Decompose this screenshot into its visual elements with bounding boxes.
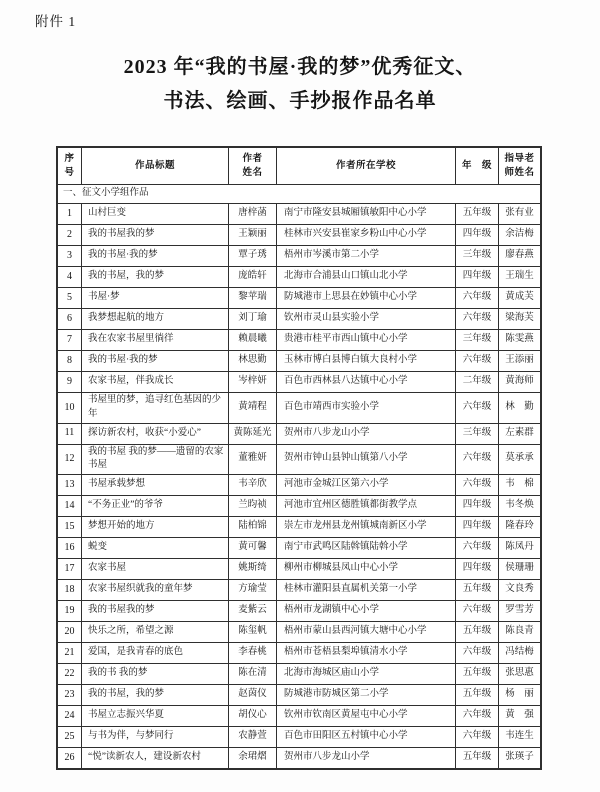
table-row: 8 我的书屋·我的梦 林思勤 玉林市博白县博白镇大良村小学 六年级 王添丽	[58, 351, 541, 372]
cell-title: 书屋里的梦，追寻红色基因的少年	[82, 393, 229, 424]
cell-title: 我的书屋我的梦	[82, 601, 229, 622]
cell-school: 贺州市八步龙山小学	[277, 748, 456, 769]
cell-school: 河池市宜州区德胜镇都街教学点	[277, 496, 456, 517]
cell-author: 胡仪心	[229, 706, 277, 727]
cell-author: 陆柏锦	[229, 517, 277, 538]
cell-title: 我的书屋·我的梦	[82, 351, 229, 372]
cell-author: 林思勤	[229, 351, 277, 372]
cell-author: 黎苹瑞	[229, 288, 277, 309]
table-row: 20 快乐之所，希望之源 陈玺帆 梧州市蒙山县西河镇大塘中心小学 五年级 陈良青	[58, 622, 541, 643]
cell-no: 22	[58, 664, 82, 685]
cell-school: 百色市西林县八达镇中心小学	[277, 372, 456, 393]
cell-author: 岑梓妍	[229, 372, 277, 393]
cell-grade: 六年级	[456, 309, 499, 330]
cell-author: 麦紫云	[229, 601, 277, 622]
cell-school: 北海市海城区庙山小学	[277, 664, 456, 685]
cell-school: 钦州市钦南区黄屋屯中心小学	[277, 706, 456, 727]
table-row: 22 我的书 我的梦 陈在清 北海市海城区庙山小学 五年级 张思惠	[58, 664, 541, 685]
cell-grade: 六年级	[456, 643, 499, 664]
cell-no: 13	[58, 475, 82, 496]
cell-grade: 四年级	[456, 225, 499, 246]
cell-grade: 五年级	[456, 685, 499, 706]
cell-grade: 六年级	[456, 601, 499, 622]
cell-title: 梦想开始的地方	[82, 517, 229, 538]
cell-author: 王颖丽	[229, 225, 277, 246]
cell-teacher: 廖春燕	[499, 246, 541, 267]
cell-no: 2	[58, 225, 82, 246]
table-row: 2 我的书屋我的梦 王颖丽 桂林市兴安县崔家乡粉山中心小学 四年级 余洁梅	[58, 225, 541, 246]
cell-title: 我的书屋我的梦	[82, 225, 229, 246]
cell-title: 我的书 我的梦	[82, 664, 229, 685]
table-row: 26 “悦”读新农人，建设新农村 余珺熠 贺州市八步龙山小学 五年级 张瑛子	[58, 748, 541, 769]
cell-teacher: 陈凤丹	[499, 538, 541, 559]
table-row: 25 与书为伴，与梦同行 农静萱 百色市田阳区五村镇中心小学 六年级 韦连生	[58, 727, 541, 748]
cell-title: 书屋承载梦想	[82, 475, 229, 496]
table-row: 7 我在农家书屋里徜徉 赖晨曦 贵港市桂平市西山镇中心小学 三年级 陈雯燕	[58, 330, 541, 351]
table-row: 17 农家书屋 姚斯绮 柳州市柳城县凤山中心小学 四年级 侯珊珊	[58, 559, 541, 580]
cell-school: 梧州市蒙山县西河镇大塘中心小学	[277, 622, 456, 643]
cell-author: 农静萱	[229, 727, 277, 748]
cell-author: 董雅妍	[229, 444, 277, 475]
cell-author: 唐梓菡	[229, 204, 277, 225]
cell-author: 余珺熠	[229, 748, 277, 769]
table-row: 24 书屋立志振兴华夏 胡仪心 钦州市钦南区黄屋屯中心小学 六年级 黄 强	[58, 706, 541, 727]
cell-school: 北海市合浦县山口镇山北小学	[277, 267, 456, 288]
cell-no: 18	[58, 580, 82, 601]
works-table: 序 号 作品标题 作者 姓名 作者所在学校 年 级 指导老 师姓名 一、征文小学…	[57, 147, 541, 769]
table-row: 21 爱国，是我青春的底色 李春桃 梧州市苍梧县梨埠镇清水小学 六年级 冯结梅	[58, 643, 541, 664]
cell-title: 探访新农村，收获“小爱心”	[82, 423, 229, 444]
cell-grade: 五年级	[456, 204, 499, 225]
table-row: 13 书屋承载梦想 韦辛欣 河池市金城江区第六小学 六年级 韦 棉	[58, 475, 541, 496]
table-row: 16 蜕变 黄可馨 南宁市武鸣区陆斡镇陆斡小学 六年级 陈凤丹	[58, 538, 541, 559]
cell-grade: 六年级	[456, 475, 499, 496]
cell-grade: 四年级	[456, 496, 499, 517]
cell-title: 蜕变	[82, 538, 229, 559]
cell-school: 桂林市兴安县崔家乡粉山中心小学	[277, 225, 456, 246]
table-row: 5 书屋·梦 黎苹瑞 防城港市上思县在妙镇中心小学 六年级 黄成芙	[58, 288, 541, 309]
cell-grade: 四年级	[456, 559, 499, 580]
cell-grade: 三年级	[456, 423, 499, 444]
cell-teacher: 王瑞生	[499, 267, 541, 288]
col-header-title: 作品标题	[82, 148, 229, 185]
cell-no: 26	[58, 748, 82, 769]
col-header-teacher: 指导老 师姓名	[499, 148, 541, 185]
cell-school: 钦州市灵山县实验小学	[277, 309, 456, 330]
cell-author: 韦辛欣	[229, 475, 277, 496]
cell-grade: 三年级	[456, 246, 499, 267]
cell-author: 庞皓轩	[229, 267, 277, 288]
cell-teacher: 张瑛子	[499, 748, 541, 769]
cell-author: 赖晨曦	[229, 330, 277, 351]
table-row: 9 农家书屋，伴我成长 岑梓妍 百色市西林县八达镇中心小学 二年级 黄海师	[58, 372, 541, 393]
cell-teacher: 杨 丽	[499, 685, 541, 706]
cell-no: 24	[58, 706, 82, 727]
cell-author: 陈玺帆	[229, 622, 277, 643]
cell-author: 覃子琇	[229, 246, 277, 267]
cell-no: 9	[58, 372, 82, 393]
cell-grade: 六年级	[456, 288, 499, 309]
cell-title: 爱国，是我青春的底色	[82, 643, 229, 664]
cell-grade: 二年级	[456, 372, 499, 393]
cell-title: 我在农家书屋里徜徉	[82, 330, 229, 351]
cell-school: 百色市田阳区五村镇中心小学	[277, 727, 456, 748]
cell-title: 快乐之所，希望之源	[82, 622, 229, 643]
table-row: 12 我的书屋 我的梦——遗留的农家书屋 董雅妍 贺州市钟山县钟山镇第八小学 六…	[58, 444, 541, 475]
cell-school: 崇左市龙州县龙州镇城南新区小学	[277, 517, 456, 538]
cell-school: 梧州市龙湖镇中心小学	[277, 601, 456, 622]
section-label: 一、征文小学组作品	[58, 185, 541, 204]
cell-title: 与书为伴，与梦同行	[82, 727, 229, 748]
cell-no: 25	[58, 727, 82, 748]
cell-teacher: 隆春玲	[499, 517, 541, 538]
table-row: 19 我的书屋我的梦 麦紫云 梧州市龙湖镇中心小学 六年级 罗雪芳	[58, 601, 541, 622]
col-header-no: 序 号	[58, 148, 82, 185]
col-header-school: 作者所在学校	[277, 148, 456, 185]
cell-grade: 五年级	[456, 622, 499, 643]
cell-grade: 四年级	[456, 517, 499, 538]
cell-title: 我的书屋，我的梦	[82, 267, 229, 288]
table-row: 14 “不务正业”的爷爷 兰昀祯 河池市宜州区德胜镇都街教学点 四年级 韦冬焕	[58, 496, 541, 517]
cell-grade: 五年级	[456, 748, 499, 769]
cell-title: “不务正业”的爷爷	[82, 496, 229, 517]
table-row: 15 梦想开始的地方 陆柏锦 崇左市龙州县龙州镇城南新区小学 四年级 隆春玲	[58, 517, 541, 538]
cell-grade: 六年级	[456, 727, 499, 748]
cell-title: 农家书屋织就我的童年梦	[82, 580, 229, 601]
table-row: 10 书屋里的梦，追寻红色基因的少年 黄靖程 百色市靖西市实验小学 六年级 林 …	[58, 393, 541, 424]
cell-no: 4	[58, 267, 82, 288]
cell-school: 桂林市灌阳县直属机关第一小学	[277, 580, 456, 601]
cell-no: 16	[58, 538, 82, 559]
cell-no: 5	[58, 288, 82, 309]
cell-no: 23	[58, 685, 82, 706]
cell-school: 贺州市钟山县钟山镇第八小学	[277, 444, 456, 475]
cell-school: 玉林市博白县博白镇大良村小学	[277, 351, 456, 372]
cell-teacher: 陈雯燕	[499, 330, 541, 351]
cell-title: 我的书屋，我的梦	[82, 685, 229, 706]
table-row: 11 探访新农村，收获“小爱心” 黄陈延光 贺州市八步龙山小学 三年级 左素群	[58, 423, 541, 444]
attachment-label: 附件 1	[35, 10, 76, 30]
cell-school: 防城港市上思县在妙镇中心小学	[277, 288, 456, 309]
cell-title: 我的书屋·我的梦	[82, 246, 229, 267]
cell-school: 柳州市柳城县凤山中心小学	[277, 559, 456, 580]
cell-grade: 五年级	[456, 664, 499, 685]
cell-school: 百色市靖西市实验小学	[277, 393, 456, 424]
cell-school: 贵港市桂平市西山镇中心小学	[277, 330, 456, 351]
page-title-line1: 2023 年“我的书屋·我的梦”优秀征文、	[0, 50, 600, 84]
cell-teacher: 冯结梅	[499, 643, 541, 664]
cell-no: 8	[58, 351, 82, 372]
cell-author: 兰昀祯	[229, 496, 277, 517]
cell-school: 梧州市岑溪市第二小学	[277, 246, 456, 267]
table-body: 一、征文小学组作品 1 山村巨变 唐梓菡 南宁市隆安县城厢镇敏阳中心小学 五年级…	[58, 185, 541, 769]
cell-author: 李春桃	[229, 643, 277, 664]
cell-author: 黄靖程	[229, 393, 277, 424]
cell-teacher: 罗雪芳	[499, 601, 541, 622]
cell-no: 3	[58, 246, 82, 267]
cell-teacher: 张思惠	[499, 664, 541, 685]
cell-school: 南宁市隆安县城厢镇敏阳中心小学	[277, 204, 456, 225]
cell-title: 我梦想起航的地方	[82, 309, 229, 330]
cell-teacher: 文良秀	[499, 580, 541, 601]
cell-teacher: 韦冬焕	[499, 496, 541, 517]
section-row: 一、征文小学组作品	[58, 185, 541, 204]
cell-author: 刘丁瑜	[229, 309, 277, 330]
cell-grade: 五年级	[456, 580, 499, 601]
cell-title: 农家书屋	[82, 559, 229, 580]
cell-no: 12	[58, 444, 82, 475]
cell-title: 我的书屋 我的梦——遗留的农家书屋	[82, 444, 229, 475]
cell-school: 防城港市防城区第二小学	[277, 685, 456, 706]
table-row: 3 我的书屋·我的梦 覃子琇 梧州市岑溪市第二小学 三年级 廖春燕	[58, 246, 541, 267]
cell-title: 山村巨变	[82, 204, 229, 225]
col-header-author: 作者 姓名	[229, 148, 277, 185]
cell-author: 赵茵仪	[229, 685, 277, 706]
cell-grade: 六年级	[456, 706, 499, 727]
table-row: 1 山村巨变 唐梓菡 南宁市隆安县城厢镇敏阳中心小学 五年级 张有业	[58, 204, 541, 225]
cell-teacher: 梁海芙	[499, 309, 541, 330]
cell-author: 黄可馨	[229, 538, 277, 559]
cell-title: 农家书屋，伴我成长	[82, 372, 229, 393]
page-title-line2: 书法、绘画、手抄报作品名单	[0, 84, 600, 118]
cell-teacher: 黄海师	[499, 372, 541, 393]
cell-title: “悦”读新农人，建设新农村	[82, 748, 229, 769]
table-row: 18 农家书屋织就我的童年梦 方瑜莹 桂林市灌阳县直属机关第一小学 五年级 文良…	[58, 580, 541, 601]
cell-author: 陈在清	[229, 664, 277, 685]
cell-teacher: 陈良青	[499, 622, 541, 643]
cell-grade: 四年级	[456, 267, 499, 288]
cell-grade: 六年级	[456, 393, 499, 424]
cell-no: 20	[58, 622, 82, 643]
cell-teacher: 黄 强	[499, 706, 541, 727]
cell-teacher: 韦 棉	[499, 475, 541, 496]
cell-title: 书屋·梦	[82, 288, 229, 309]
cell-grade: 六年级	[456, 351, 499, 372]
table-row: 6 我梦想起航的地方 刘丁瑜 钦州市灵山县实验小学 六年级 梁海芙	[58, 309, 541, 330]
cell-teacher: 左素群	[499, 423, 541, 444]
cell-no: 11	[58, 423, 82, 444]
cell-no: 17	[58, 559, 82, 580]
cell-teacher: 王添丽	[499, 351, 541, 372]
cell-grade: 六年级	[456, 444, 499, 475]
cell-author: 姚斯绮	[229, 559, 277, 580]
cell-teacher: 余洁梅	[499, 225, 541, 246]
page: { "attachment_label": "附件 1", "title_lin…	[0, 0, 600, 792]
cell-school: 河池市金城江区第六小学	[277, 475, 456, 496]
cell-school: 贺州市八步龙山小学	[277, 423, 456, 444]
cell-teacher: 莫承承	[499, 444, 541, 475]
cell-teacher: 韦连生	[499, 727, 541, 748]
cell-no: 10	[58, 393, 82, 424]
cell-grade: 三年级	[456, 330, 499, 351]
table-header-row: 序 号 作品标题 作者 姓名 作者所在学校 年 级 指导老 师姓名	[58, 148, 541, 185]
cell-no: 1	[58, 204, 82, 225]
cell-title: 书屋立志振兴华夏	[82, 706, 229, 727]
table-row: 4 我的书屋，我的梦 庞皓轩 北海市合浦县山口镇山北小学 四年级 王瑞生	[58, 267, 541, 288]
table-row: 23 我的书屋，我的梦 赵茵仪 防城港市防城区第二小学 五年级 杨 丽	[58, 685, 541, 706]
cell-author: 方瑜莹	[229, 580, 277, 601]
cell-teacher: 侯珊珊	[499, 559, 541, 580]
cell-author: 黄陈延光	[229, 423, 277, 444]
cell-school: 南宁市武鸣区陆斡镇陆斡小学	[277, 538, 456, 559]
cell-no: 14	[58, 496, 82, 517]
cell-no: 15	[58, 517, 82, 538]
cell-teacher: 张有业	[499, 204, 541, 225]
cell-no: 19	[58, 601, 82, 622]
cell-no: 6	[58, 309, 82, 330]
cell-no: 21	[58, 643, 82, 664]
page-title: 2023 年“我的书屋·我的梦”优秀征文、 书法、绘画、手抄报作品名单	[0, 50, 600, 118]
cell-school: 梧州市苍梧县梨埠镇清水小学	[277, 643, 456, 664]
cell-no: 7	[58, 330, 82, 351]
cell-teacher: 黄成芙	[499, 288, 541, 309]
col-header-grade: 年 级	[456, 148, 499, 185]
cell-grade: 六年级	[456, 538, 499, 559]
cell-teacher: 林 勤	[499, 393, 541, 424]
